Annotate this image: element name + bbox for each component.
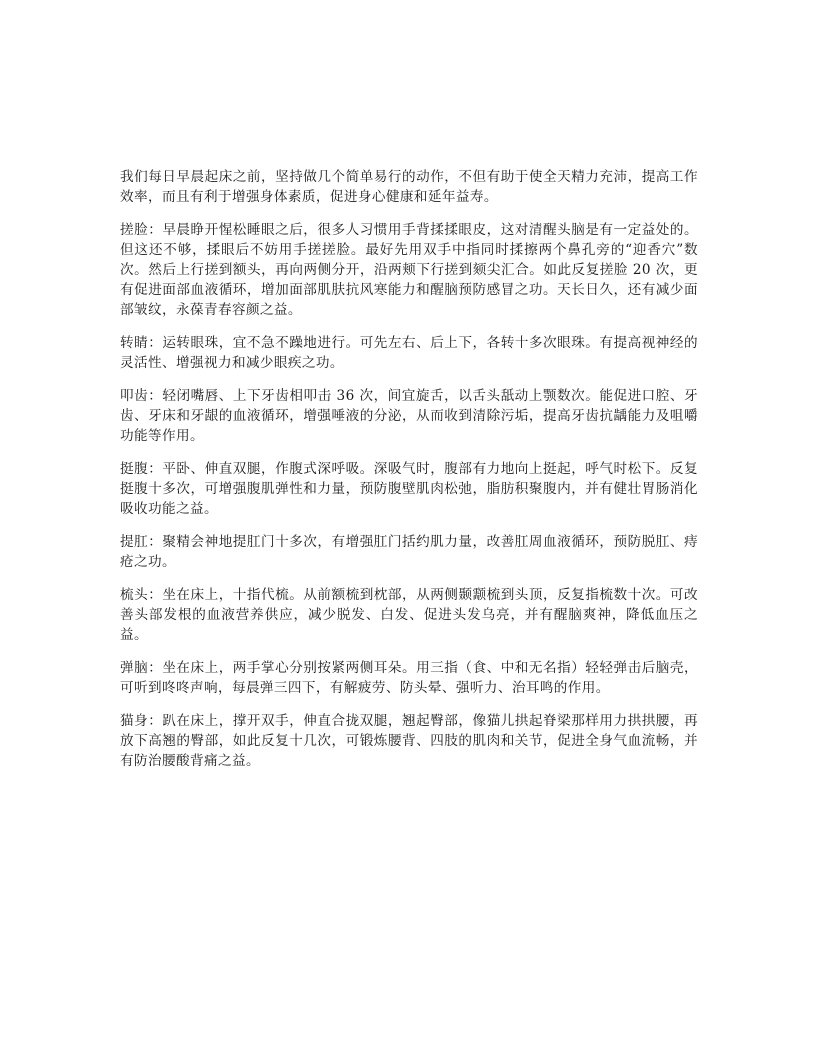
section-term: 梳头： (120, 587, 162, 603)
section-term: 挺腹： (120, 461, 162, 477)
intro-paragraph: 我们每日早晨起床之前，坚持做几个简单易行的动作，不但有助于使全天精力充沛，提高工… (120, 167, 698, 207)
section-turn-eyes: 转睛：运转眼珠，宜不急不躁地进行。可先左右、后上下，各转十多次眼珠。有提高视神经… (120, 333, 698, 373)
section-text: 运转眼珠，宜不急不躁地进行。可先左右、后上下，各转十多次眼珠。有提高视神经的灵活… (120, 335, 698, 371)
section-term: 提肛： (120, 534, 162, 550)
section-text: 坐在床上，十指代梳。从前额梳到枕部，从两侧颞颥梳到头顶，反复指梳数十次。可改善头… (120, 587, 698, 643)
section-text: 聚精会神地提肛门十多次，有增强肛门括约肌力量，改善肛周血液循环，预防脱肛、痔疮之… (120, 534, 698, 570)
section-tap-teeth: 叩齿：轻闭嘴唇、上下牙齿相叩击 36 次，间宜旋舌，以舌头舐动上颚数次。能促进口… (120, 386, 698, 446)
section-rub-face: 搓脸：早晨睁开惺松睡眼之后，很多人习惯用手背揉揉眼皮，这对清醒头脑是有一定益处的… (120, 220, 698, 320)
section-lift-anus: 提肛：聚精会神地提肛门十多次，有增强肛门括约肌力量，改善肛周血液循环，预防脱肛、… (120, 532, 698, 572)
section-term: 搓脸： (120, 222, 162, 238)
section-text: 坐在床上，两手掌心分别按紧两侧耳朵。用三指（食、中和无名指）轻轻弹击后脑壳，可听… (120, 660, 698, 696)
section-text: 趴在床上，撑开双手，伸直合拢双腿，翘起臀部，像猫儿拱起脊梁那样用力拱拱腰，再放下… (120, 713, 698, 769)
section-cat-stretch: 猫身：趴在床上，撑开双手，伸直合拢双腿，翘起臀部，像猫儿拱起脊梁那样用力拱拱腰，… (120, 711, 698, 771)
section-term: 弹脑： (120, 660, 162, 676)
section-lift-abdomen: 挺腹：平卧、伸直双腿，作腹式深呼吸。深吸气时，腹部有力地向上挺起，呼气时松下。反… (120, 459, 698, 519)
document-body: 我们每日早晨起床之前，坚持做几个简单易行的动作，不但有助于使全天精力充沛，提高工… (120, 167, 698, 784)
section-text: 平卧、伸直双腿，作腹式深呼吸。深吸气时，腹部有力地向上挺起，呼气时松下。反复挺腹… (120, 461, 698, 517)
section-term: 转睛： (120, 335, 162, 351)
section-flick-head: 弹脑：坐在床上，两手掌心分别按紧两侧耳朵。用三指（食、中和无名指）轻轻弹击后脑壳… (120, 658, 698, 698)
section-comb-hair: 梳头：坐在床上，十指代梳。从前额梳到枕部，从两侧颞颥梳到头顶，反复指梳数十次。可… (120, 585, 698, 645)
section-term: 猫身： (120, 713, 162, 729)
section-text: 轻闭嘴唇、上下牙齿相叩击 36 次，间宜旋舌，以舌头舐动上颚数次。能促进口腔、牙… (120, 388, 698, 444)
section-term: 叩齿： (120, 388, 162, 404)
section-text: 早晨睁开惺松睡眼之后，很多人习惯用手背揉揉眼皮，这对清醒头脑是有一定益处的。但这… (120, 222, 698, 318)
